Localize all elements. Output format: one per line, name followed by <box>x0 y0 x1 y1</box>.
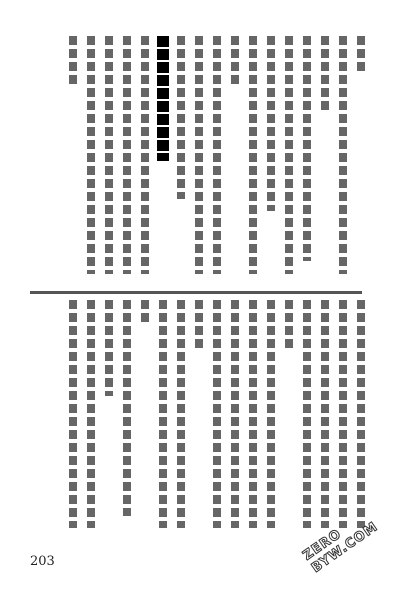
text-column <box>138 36 152 286</box>
text-column <box>66 300 80 540</box>
text-column <box>156 300 170 540</box>
text-column <box>300 36 314 286</box>
text-column <box>174 36 188 286</box>
text-column <box>354 36 368 286</box>
text-column <box>192 300 206 540</box>
top-text-section <box>28 36 368 286</box>
text-column <box>210 300 224 540</box>
section-divider <box>30 291 362 294</box>
text-column <box>246 300 260 540</box>
text-column <box>282 300 296 540</box>
text-column <box>120 36 134 286</box>
text-column <box>336 300 350 540</box>
text-column <box>66 36 80 286</box>
text-column <box>264 36 278 286</box>
text-column <box>210 36 224 286</box>
text-column <box>84 36 98 286</box>
text-column <box>282 36 296 286</box>
text-column <box>336 36 350 286</box>
text-column <box>84 300 98 540</box>
bottom-text-section <box>28 300 368 540</box>
text-column <box>264 300 278 540</box>
page-number: 203 <box>30 554 55 569</box>
text-column <box>192 36 206 286</box>
text-column <box>318 36 332 286</box>
section-heading-column <box>156 36 170 286</box>
text-column <box>246 36 260 286</box>
text-column <box>120 300 134 540</box>
text-column <box>174 300 188 540</box>
text-column <box>228 300 242 540</box>
text-column <box>102 300 116 540</box>
text-column <box>300 300 314 540</box>
text-column <box>138 300 152 540</box>
text-column <box>102 36 116 286</box>
text-column <box>318 300 332 540</box>
text-column <box>228 36 242 286</box>
